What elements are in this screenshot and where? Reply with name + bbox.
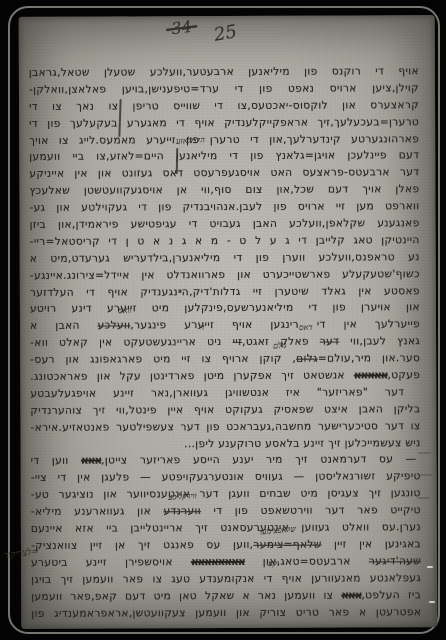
- typed-line: גאנץ לעבן,ווי דער פאלק זאגט,זיי ניט אריי…: [30, 333, 420, 352]
- typed-segment: אנשטאט זיך אפקערן מיטן פארדינטן עקל און …: [30, 369, 354, 382]
- typed-line: טיקייט פאר דער ווירטשאפט פון די ווערנדע …: [31, 502, 421, 521]
- typed-segment: באגינען אין זיין: [322, 538, 421, 550]
- typed-line: אפטרעטן א פאר טריט צוריק און וועמען צעקו…: [31, 604, 421, 623]
- typed-line: פארהונגערטע קינדערלעך,און די טרערן פון ז…: [29, 131, 419, 150]
- typed-segment: קוילן,ציען ארויס נאפט פון די ערד=טיפעניש…: [29, 82, 419, 96]
- typed-line: בליקן האבן איצט שפאסיק געקוקט אויף איין …: [30, 401, 420, 420]
- typed-segment: האבן א: [30, 320, 98, 332]
- typed-line: כשוף'שטעקעלע פארשטייכערט און פארוואנדלט …: [30, 266, 420, 285]
- document-page: אויף די רוקנס פון מיליאנען ארבעטער,וועלכ…: [19, 15, 438, 629]
- typed-segment: דעם פיינלעכן אויגן=גלאנץ פון די מיליאנען…: [29, 150, 419, 164]
- typed-segment: — עס דערמאנט זיך מיר יענע הייסע פאריזער …: [101, 454, 417, 467]
- typed-line: דער "פאריזער" איז אנטשוויגן געווארן,נאר …: [30, 384, 420, 403]
- typed-line: אויף די רוקנס פון מיליאנען ארבעטער,וועלכ…: [29, 63, 419, 82]
- typed-segment: דער ארבעטס-פראצעס האט אויסגעפרעסט דאס גע…: [29, 167, 419, 181]
- typed-segment: און אויערן פון די מיליאנערשעס,פינקלען מי…: [30, 302, 420, 316]
- typed-segment: ארבעטס=טאג,און: [245, 555, 369, 568]
- typed-segment: אויף די רוקנס פון מיליאנען ארבעטער,וועלכ…: [29, 65, 419, 79]
- typed-text-block: אויף די רוקנס פון מיליאנען ארבעטער,וועלכ…: [29, 63, 421, 622]
- typed-segment: ווארפט מען זיי ארויס פון לעבן.אנהויבנדיק…: [29, 200, 419, 214]
- handwritten-correction: היימלאזע: [176, 135, 205, 146]
- typed-line: טרערן=בעכעלעך,זיך אראפקייקלענדיק אויף די…: [29, 114, 419, 133]
- typed-line: צו דער סטיכערישער מחשבה,געבראכט פון דער …: [30, 418, 420, 437]
- typed-line: ביז העלפט,אאא צו וועמען נאר א שאקל טאן מ…: [31, 587, 421, 606]
- scan-artifact-dash: [418, 452, 431, 454]
- typed-segment: טיקייט פאר דער ווירטשאפט פון די: [201, 504, 421, 517]
- typed-segment: און געווארענע מיליא-: [31, 505, 164, 518]
- handwritten-correction: ווירקליכע: [168, 491, 197, 501]
- typed-segment: ניש צעשמייכלען זיך זיינע בלאסע טרוקענע ל…: [184, 437, 420, 450]
- typed-line: קוילן,ציען ארויס נאפט פון די ערד=טיפעניש…: [29, 80, 419, 99]
- typed-segment: כשוף'שטעקעלע פארשטייכערט און פארוואנדלט …: [30, 268, 420, 282]
- typed-segment: , קוקן ארויף צו זיי מיט פארגאפונג און רע…: [30, 353, 296, 366]
- typed-segment: טיפיקע זשורנאליסטן — געוויס אונטערגעקויפ…: [31, 471, 421, 485]
- typed-segment-struck: אאאאאאאא: [191, 556, 245, 568]
- typed-segment-struck: אאא: [341, 589, 361, 601]
- typed-segment-struck: אאא: [81, 455, 101, 467]
- typed-segment: צו דער סטיכערישער מחשבה,געבראכט פון דער …: [30, 420, 420, 434]
- typed-line: פעקט,אאאאא אנשטאט זיך אפקערן מיטן פארדינ…: [30, 367, 420, 386]
- scan-artifact-speck: [429, 601, 435, 603]
- photo-frame: אויף די רוקנס פון מיליאנען ארבעטער,וועלכ…: [0, 0, 446, 640]
- typed-line: דעם פיינלעכן אויגן=גלאנץ פון די מיליאנען…: [29, 148, 419, 167]
- typed-segment-struck: זיי: [233, 336, 243, 348]
- typed-line: פאלן אויך דעם שכל,און צום סוף,ווי אן אוי…: [29, 181, 419, 200]
- typed-segment: פייערלעך אין די רינגען אויף זייערע פינגע…: [130, 319, 420, 332]
- typed-line: פאנגענע שקלאפן,וועלכע האבן געבויט די עגי…: [30, 215, 420, 234]
- typed-line: נע טראפנס,וועלכע ווערן פון די מיליאנערן,…: [30, 249, 420, 268]
- typed-segment: אפטרעטן א פאר טריט צוריק און וועמען צעקו…: [31, 606, 421, 620]
- typed-segment: ביז העלפט,: [361, 589, 421, 601]
- typed-line: היינטיקן טאג קלייבן די ג ע ל ט - מ א ג נ…: [30, 232, 420, 251]
- typed-segment: פאסטע אין גאלד שיטערן זיי גדלות'דיק,הײנג…: [30, 285, 420, 299]
- scan-artifact-dash: [420, 474, 433, 476]
- typed-line: שעה'דיגער ארבעטס=טאג,און אאאאאאאא אויסשפ…: [31, 553, 421, 572]
- handwritten-correction: יקע: [268, 559, 279, 568]
- typed-line: פאסטע אין גאלד שיטערן זיי גדלות'דיק,הײנג…: [30, 283, 420, 302]
- scan-artifact-speck: [427, 566, 433, 568]
- handwritten-correction: גולם: [273, 341, 287, 351]
- typed-line: באגינען אין זיין שלאף=צימער,ווען עס פאנג…: [31, 536, 421, 555]
- typed-segment: נערן.עס וואלט געווען אינטערעסאנט זיך ארי…: [31, 521, 421, 535]
- typed-segment: נע טראפנס,וועלכע ווערן פון די מיליאנערן,…: [30, 251, 420, 265]
- typed-line: קראצערס און לוקסוס-יאכטעס,צו די שווייס ט…: [29, 97, 419, 116]
- typed-line: פייערלעך אין די רינגען אויף זייערע פינגע…: [30, 317, 420, 336]
- typed-segment-struck: שעה'דיגער: [369, 555, 421, 567]
- typed-segment-struck: שלאף=צימער: [253, 539, 321, 551]
- typed-line: טיפיקע זשורנאליסטן — געוויס אונטערגעקויפ…: [31, 469, 421, 488]
- typed-segment: אויסשפירן זיינע ביטערע: [31, 556, 191, 569]
- typed-line: נערן.עס וואלט געווען אינטערעסאנט זיך ארי…: [31, 519, 421, 538]
- typed-segment: טרערן=בעכעלעך,זיך אראפקייקלענדיק אויף די…: [29, 116, 419, 130]
- handwritten-correction: זי: [200, 323, 204, 332]
- typed-segment: ניט אריינגעשטעקט אין קאלט ווא-: [30, 336, 233, 349]
- typed-segment: ווען די: [31, 455, 81, 467]
- handwritten-page-number-crossed: -34-: [165, 16, 198, 39]
- typed-segment: סער.און מיר,עולם=: [318, 352, 420, 364]
- typed-line: און אויערן פון די מיליאנערשעס,פינקלען מי…: [30, 300, 420, 319]
- typed-segment: געפלאנטע מאנעוורען אויף די אנקומענדע טעג…: [31, 572, 421, 586]
- typed-line: דער ארבעטס-פראצעס האט אויסגעפרעסט דאס גע…: [29, 165, 419, 184]
- typed-line: געפלאנטע מאנעוורען אויף די אנקומענדע טעג…: [31, 570, 421, 589]
- typed-segment: היינטיקן טאג קלייבן די ג ע ל ט - מ א ג נ…: [30, 234, 420, 248]
- handwritten-page-number-new: 25: [212, 21, 238, 46]
- typed-segment-struck: גלום: [296, 353, 318, 365]
- typed-segment: דער "פאריזער" איז אנטשוויגן געווארן,נאר …: [30, 386, 404, 400]
- typed-segment: פאלן אויך דעם שכל,און צום סוף,ווי אן אוי…: [29, 183, 419, 197]
- typed-segment: פארהונגערטע קינדערלעך,און די טרערן פון ז…: [29, 133, 419, 147]
- typed-segment: בליקן האבן איצט שפאסיק געקוקט אויף איין …: [30, 403, 420, 417]
- typed-segment: צו וועמען נאר א שאקל טאן מיט דעם קאפ,פאר…: [31, 589, 341, 602]
- typed-segment: פאנגענע שקלאפן,וועלכע האבן געבויט די עגי…: [30, 217, 420, 231]
- typed-line: ווארפט מען זיי ארויס פון לעבן.אנהויבנדיק…: [29, 198, 419, 217]
- typed-segment-struck: ווערנדע: [163, 505, 201, 517]
- handwritten-correction: וואס: [118, 306, 132, 315]
- typed-line: — עס דערמאנט זיך מיר יענע הייסע פאריזער …: [31, 452, 421, 471]
- handwritten-correction: דאס: [299, 323, 312, 332]
- typed-segment-struck: וועלכע: [98, 320, 131, 332]
- typed-segment-struck: אאאאא: [354, 369, 388, 381]
- scan-artifact-dash: [417, 497, 430, 499]
- typed-line: טונגען זיך צעגיסן מיט שבחים וועגן דער אי…: [31, 485, 421, 504]
- typed-segment-struck: דער: [320, 336, 340, 348]
- typed-line: סער.און מיר,עולם=גלום, קוקן ארויף צו זיי…: [30, 350, 420, 369]
- typed-segment: גאנץ לעבן,ווי: [339, 335, 420, 347]
- typed-line: ניש צעשמייכלען זיך זיינע בלאסע טרוקענע ל…: [30, 435, 420, 454]
- typed-segment: קראצערס און לוקסוס-יאכטעס,צו די שווייס ט…: [29, 99, 419, 113]
- typed-segment: טונגען זיך צעגיסן מיט שבחים וועגן דער אי…: [31, 487, 421, 501]
- typed-segment: פעקט,: [387, 369, 420, 381]
- typed-segment: ,ווען עס פאנגט זיך אן זיין צוואנציק-: [31, 539, 253, 552]
